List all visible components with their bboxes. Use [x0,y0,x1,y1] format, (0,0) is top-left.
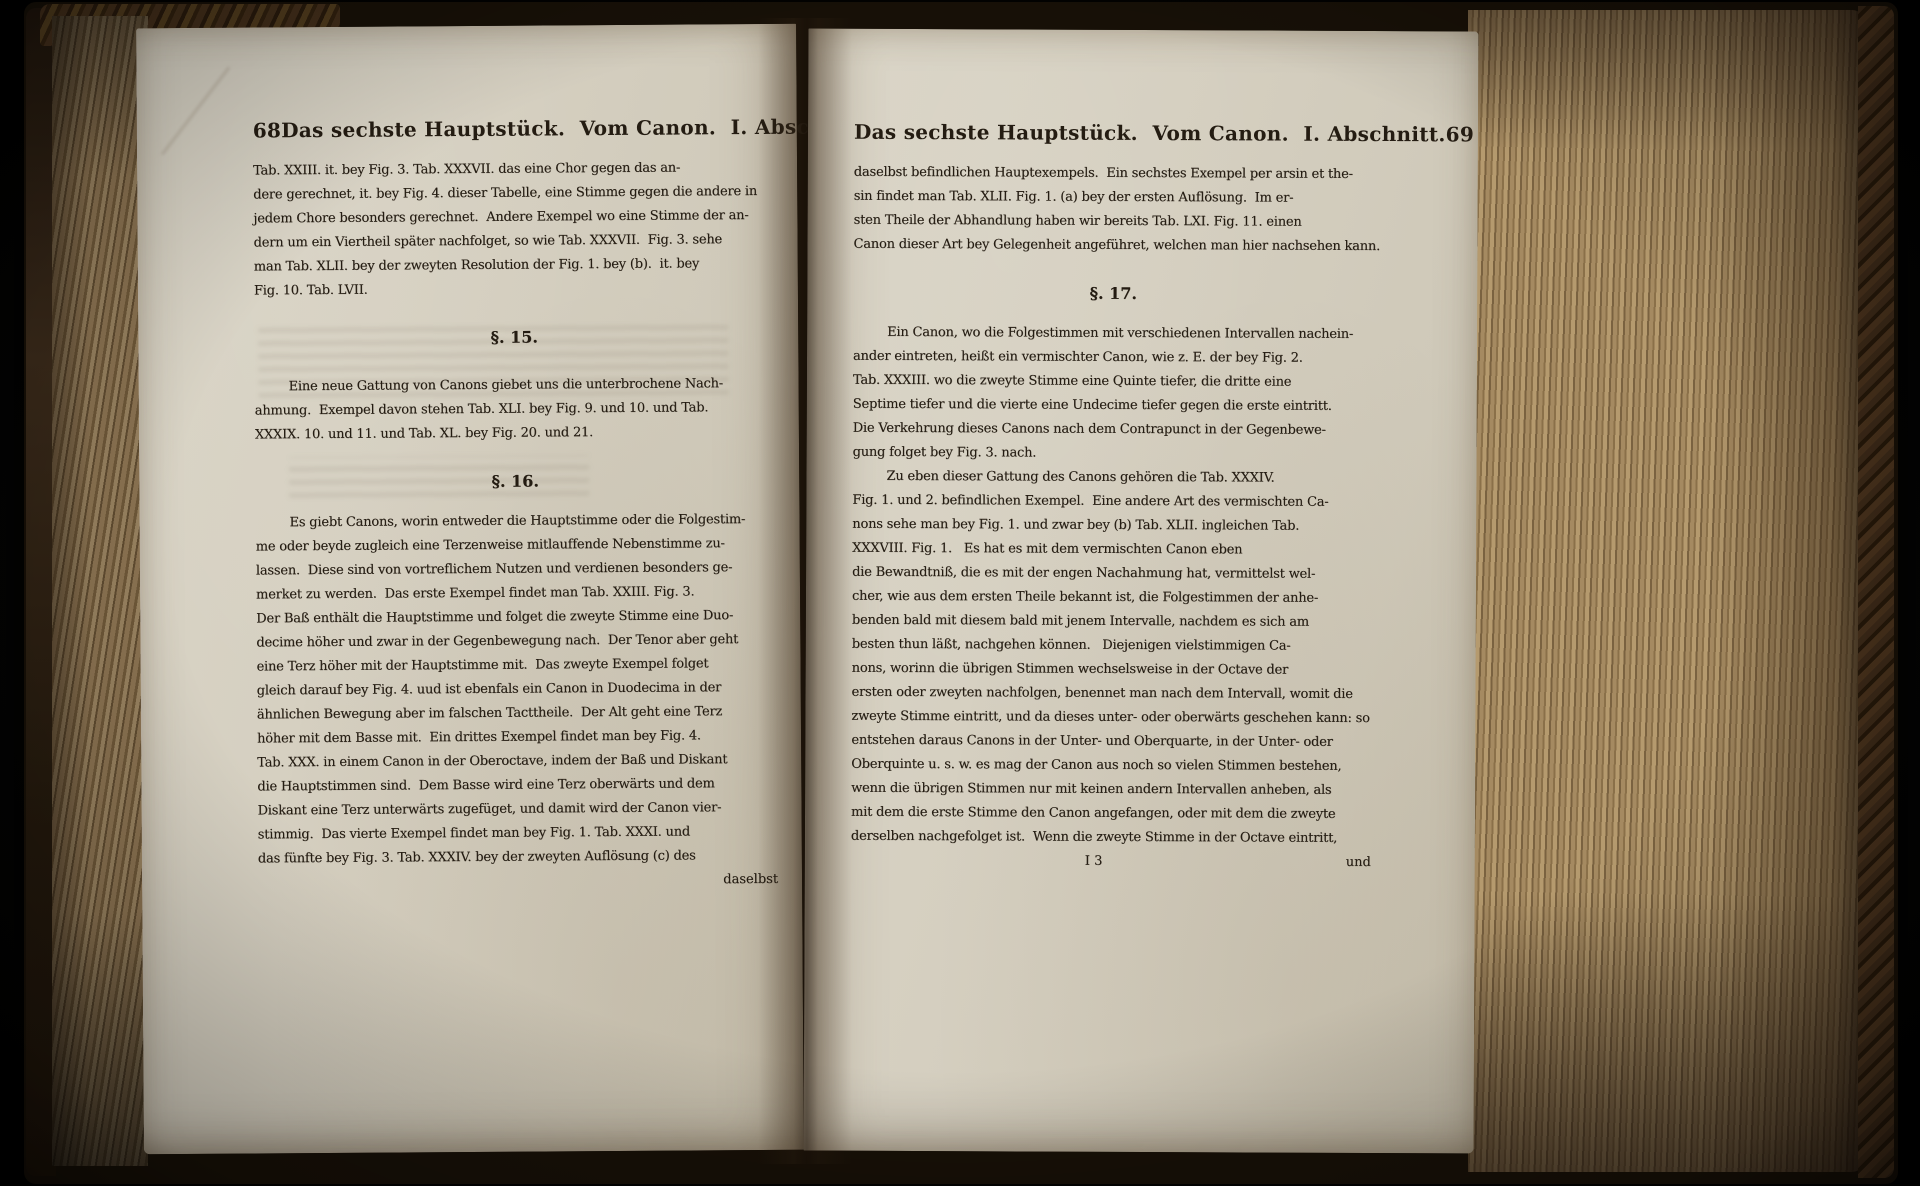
page-number: 68 [253,115,282,145]
right-cover-edge [1858,6,1894,1178]
section-heading-17: §. 17. [853,281,1373,307]
paragraph-continuation: Tab. XXIII. it. bey Fig. 3. Tab. XXXVII.… [253,156,774,304]
book-photo: 68 Das sechste Hauptstück. Vom Canon. I.… [0,0,1920,1186]
running-title: Das sechste Hauptstück. Vom Canon. I. Ab… [854,117,1446,150]
left-page: 68 Das sechste Hauptstück. Vom Canon. I.… [136,24,804,1155]
left-page-text: 68 Das sechste Hauptstück. Vom Canon. I.… [136,24,804,1155]
paragraph-section-17-b: Zu eben dieser Gattung des Canons gehöre… [851,465,1373,851]
running-title: Das sechste Hauptstück. Vom Canon. I. Ab… [281,111,873,145]
right-page-text: Das sechste Hauptstück. Vom Canon. I. Ab… [804,29,1479,1154]
page-number: 69 [1446,119,1475,149]
paragraph-section-17-a: Ein Canon, wo die Folgestimmen mit versc… [853,321,1374,467]
catchword: daselbst [258,868,778,896]
right-page-edges [1468,10,1866,1172]
page-footer: I 3 und [851,849,1371,875]
paragraph-section-15: Eine neue Gattung von Canons giebet uns … [255,372,775,448]
left-page-edges [52,16,148,1166]
paragraph-continuation: daselbst befindlichen Hauptexempels. Ein… [853,161,1373,259]
catchword: und [1346,851,1371,875]
signature-mark: I 3 [1085,850,1103,874]
section-heading-15: §. 15. [254,324,774,352]
paragraph-section-16: Es giebt Canons, worin entweder die Haup… [255,508,778,872]
left-page-header: 68 Das sechste Hauptstück. Vom Canon. I.… [253,112,773,146]
section-heading-16: §. 16. [255,468,775,496]
right-page-header: Das sechste Hauptstück. Vom Canon. I. Ab… [854,117,1374,149]
right-page: Das sechste Hauptstück. Vom Canon. I. Ab… [804,29,1479,1154]
